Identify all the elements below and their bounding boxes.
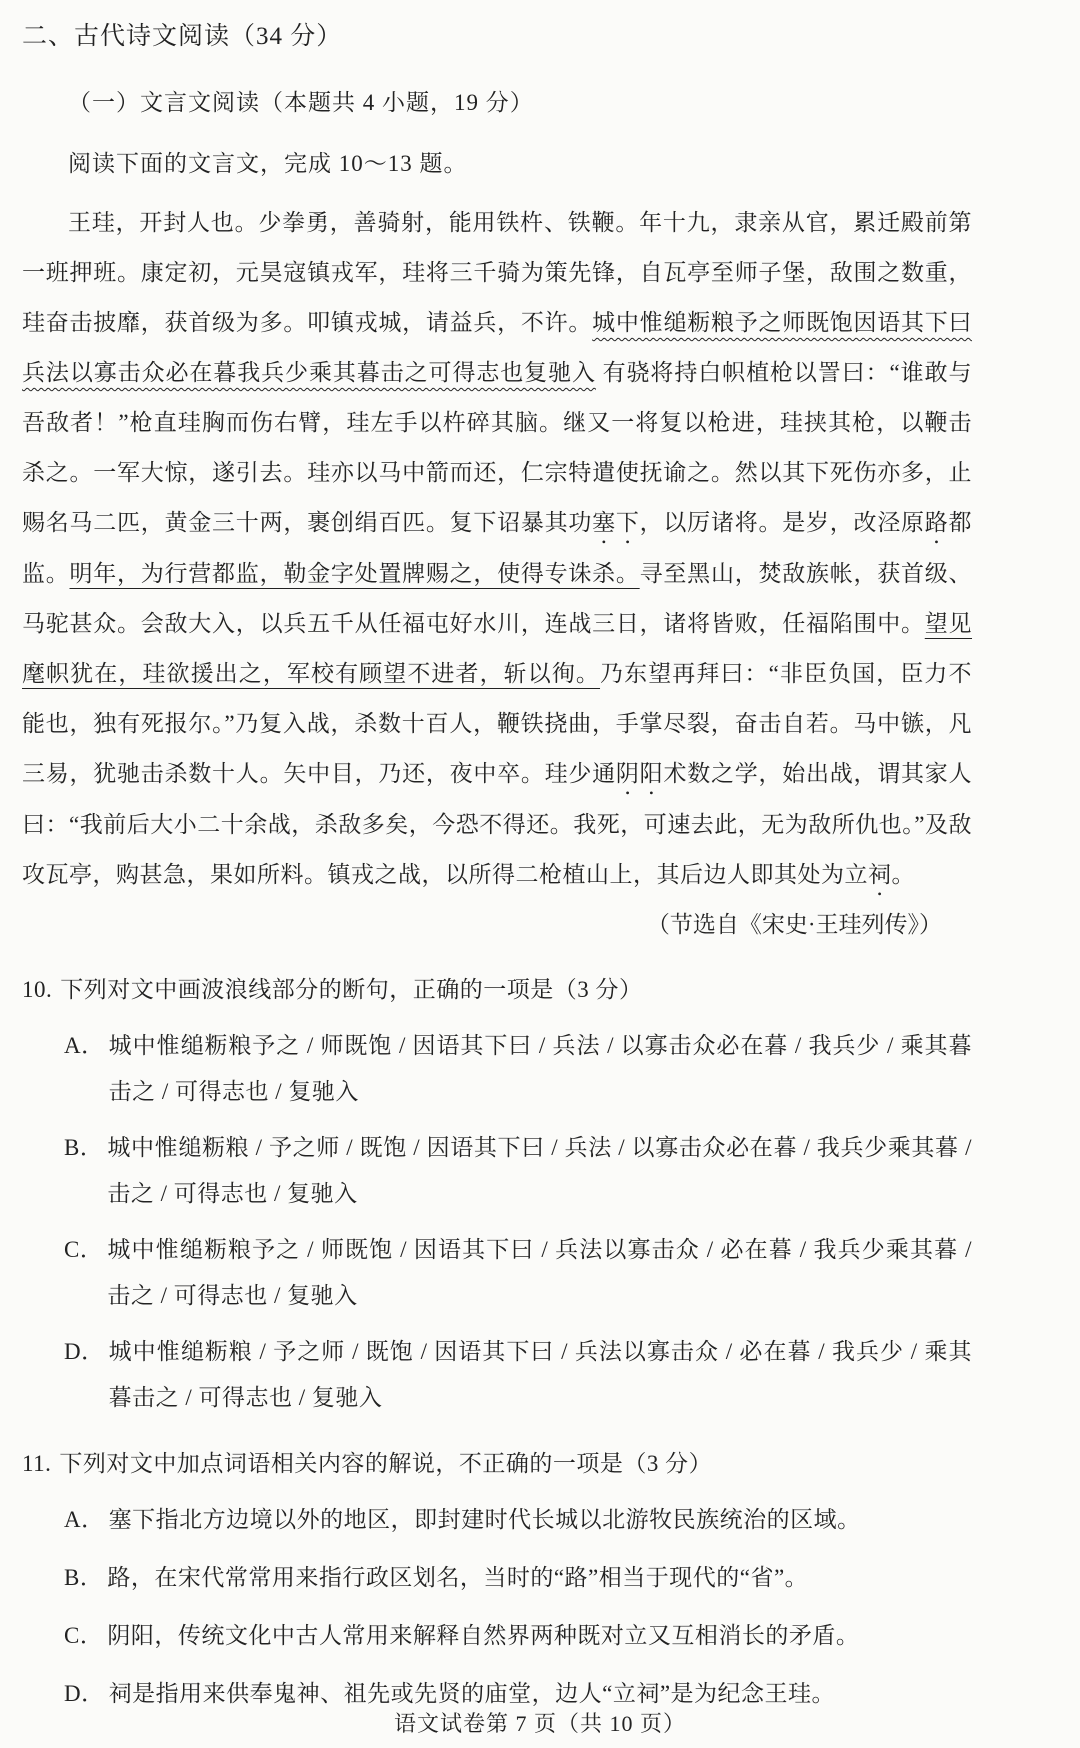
passage-citation: （节选自《宋史·王珪列传》） xyxy=(22,903,972,947)
passage-segment-dots: 路 xyxy=(925,510,949,535)
question-11: 11. 下列对文中加点词语相关内容的解说，不正确的一项是（3 分） A． 塞下指… xyxy=(22,1441,972,1719)
option-label: B． xyxy=(64,1553,103,1603)
reading-instruction: 阅读下面的文言文，完成 10～13 题。 xyxy=(68,145,972,178)
option-label: D． xyxy=(64,1329,105,1421)
question-10: 10. 下列对文中画波浪线部分的断句，正确的一项是（3 分） A． 城中惟缒粝粮… xyxy=(22,967,972,1421)
question-11-stem: 11. 下列对文中加点词语相关内容的解说，不正确的一项是（3 分） xyxy=(22,1441,972,1487)
option-text: 城中惟缒粝粮予之 / 师既饱 / 因语其下曰 / 兵法以寡击众 / 必在暮 / … xyxy=(107,1227,972,1319)
exam-page: 二、古代诗文阅读（34 分） （一）文言文阅读（本题共 4 小题，19 分） 阅… xyxy=(22,0,972,1719)
option-text: 阴阳，传统文化中古人常用来解释自然界两种既对立又互相消长的矛盾。 xyxy=(107,1611,972,1661)
option-label: C． xyxy=(64,1227,103,1319)
question-10-option-c: C． 城中惟缒粝粮予之 / 师既饱 / 因语其下曰 / 兵法以寡击众 / 必在暮… xyxy=(64,1227,972,1319)
option-text: 路，在宋代常常用来指行政区划名，当时的“路”相当于现代的“省”。 xyxy=(107,1553,972,1603)
question-11-stem-text: 下列对文中加点词语相关内容的解说，不正确的一项是（3 分） xyxy=(59,1441,712,1487)
question-11-option-b: B． 路，在宋代常常用来指行政区划名，当时的“路”相当于现代的“省”。 xyxy=(64,1553,972,1603)
passage-segment-dots: 塞下 xyxy=(592,510,640,535)
subsection-title: （一）文言文阅读（本题共 4 小题，19 分） xyxy=(68,84,972,117)
option-text: 塞下指北方边境以外的地区，即封建时代长城以北游牧民族统治的区域。 xyxy=(109,1495,972,1545)
option-text: 城中惟缒粝粮予之 / 师既饱 / 因语其下曰 / 兵法 / 以寡击众必在暮 / … xyxy=(109,1023,972,1115)
page-footer: 语文试卷第 7 页（共 10 页） xyxy=(0,1707,1080,1738)
option-label: A． xyxy=(64,1023,105,1115)
passage-segment-dots: 阴阳 xyxy=(616,761,664,786)
passage-body: 王珪，开封人也。少拳勇，善骑射，能用铁杵、铁鞭。年十九，隶亲从官，累迁殿前第一班… xyxy=(22,198,972,901)
question-10-stem-text: 下列对文中画波浪线部分的断句，正确的一项是（3 分） xyxy=(60,967,642,1013)
passage-segment-normal: ，以厉诸将。是岁，改泾原 xyxy=(640,510,925,535)
question-10-stem: 10. 下列对文中画波浪线部分的断句，正确的一项是（3 分） xyxy=(22,967,972,1013)
option-text: 城中惟缒粝粮 / 予之师 / 既饱 / 因语其下曰 / 兵法 / 以寡击众必在暮… xyxy=(107,1125,972,1217)
option-label: B． xyxy=(64,1125,103,1217)
passage-segment-underline: 明年，为行营都监，勒金字处置牌赐之，使得专诛杀。 xyxy=(70,561,640,586)
question-10-option-a: A． 城中惟缒粝粮予之 / 师既饱 / 因语其下曰 / 兵法 / 以寡击众必在暮… xyxy=(64,1023,972,1115)
passage-segment-normal: 有骁将持白帜植枪以詈曰：“谁敢与吾敌者！”枪直珪胸而伤右臂，珪左手以杵碎其脑。继… xyxy=(22,360,972,535)
option-text: 城中惟缒粝粮 / 予之师 / 既饱 / 因语其下曰 / 兵法以寡击众 / 必在暮… xyxy=(109,1329,972,1421)
option-label: A． xyxy=(64,1495,105,1545)
option-label: C． xyxy=(64,1611,103,1661)
question-10-number: 10. xyxy=(22,967,52,1013)
passage-segment-normal: 。 xyxy=(892,862,916,887)
question-11-option-c: C． 阴阳，传统文化中古人常用来解释自然界两种既对立又互相消长的矛盾。 xyxy=(64,1611,972,1661)
passage-segment-dots: 祠 xyxy=(868,862,892,887)
question-10-option-b: B． 城中惟缒粝粮 / 予之师 / 既饱 / 因语其下曰 / 兵法 / 以寡击众… xyxy=(64,1125,972,1217)
question-10-option-d: D． 城中惟缒粝粮 / 予之师 / 既饱 / 因语其下曰 / 兵法以寡击众 / … xyxy=(64,1329,972,1421)
question-11-number: 11. xyxy=(22,1441,51,1487)
section-title: 二、古代诗文阅读（34 分） xyxy=(22,0,972,52)
question-11-option-a: A． 塞下指北方边境以外的地区，即封建时代长城以北游牧民族统治的区域。 xyxy=(64,1495,972,1545)
